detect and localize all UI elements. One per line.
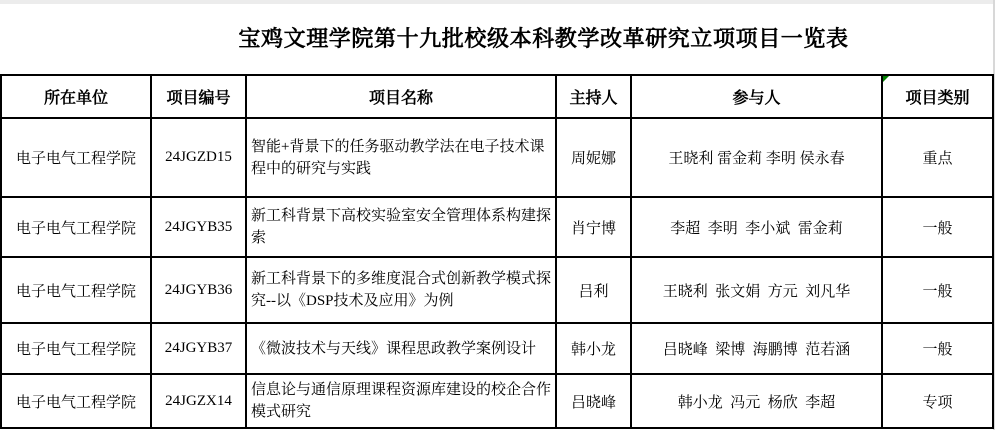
cell-participants[interactable]: 吕晓峰 梁博 海鹏博 范若涵 (631, 323, 882, 374)
cell-unit[interactable]: 电子电气工程学院 (1, 257, 151, 323)
projects-table: 所在单位项目编号项目名称主持人参与人项目类别 电子电气工程学院24JGZD15智… (0, 74, 994, 429)
cell-name[interactable]: 新工科背景下的多维度混合式创新教学模式探究--以《DSP技术及应用》为例 (246, 257, 556, 323)
table-row: 电子电气工程学院24JGZD15智能+背景下的任务驱动教学法在电子技术课程中的研… (1, 118, 993, 197)
cell-code[interactable]: 24JGZX14 (151, 374, 246, 428)
cell-code[interactable]: 24JGYB35 (151, 197, 246, 257)
table-row: 电子电气工程学院24JGYB37《微波技术与天线》课程思政教学案例设计韩小龙吕晓… (1, 323, 993, 374)
cell-name[interactable]: 新工科背景下高校实验室安全管理体系构建探索 (246, 197, 556, 257)
cell-leader[interactable]: 吕利 (556, 257, 631, 323)
cell-category[interactable]: 一般 (882, 257, 993, 323)
cell-leader[interactable]: 韩小龙 (556, 323, 631, 374)
cell-leader[interactable]: 吕晓峰 (556, 374, 631, 428)
cell-participants[interactable]: 李超 李明 李小斌 雷金莉 (631, 197, 882, 257)
cell-code[interactable]: 24JGYB36 (151, 257, 246, 323)
cell-unit[interactable]: 电子电气工程学院 (1, 323, 151, 374)
cell-name[interactable]: 信息论与通信原理课程资源库建设的校企合作模式研究 (246, 374, 556, 428)
table-row: 电子电气工程学院24JGZX14信息论与通信原理课程资源库建设的校企合作模式研究… (1, 374, 993, 428)
header-row: 所在单位项目编号项目名称主持人参与人项目类别 (1, 75, 993, 118)
cell-name[interactable]: 智能+背景下的任务驱动教学法在电子技术课程中的研究与实践 (246, 118, 556, 197)
cell-leader[interactable]: 周妮娜 (556, 118, 631, 197)
cell-category[interactable]: 一般 (882, 323, 993, 374)
cell-participants[interactable]: 王晓利 雷金莉 李明 侯永春 (631, 118, 882, 197)
column-header-leader[interactable]: 主持人 (556, 75, 631, 118)
cell-unit[interactable]: 电子电气工程学院 (1, 374, 151, 428)
column-header-category[interactable]: 项目类别 (882, 75, 993, 118)
column-header-label: 项目类别 (905, 90, 969, 107)
cell-leader[interactable]: 肖宁博 (556, 197, 631, 257)
cell-participants[interactable]: 王晓利 张文娟 方元 刘凡华 (631, 257, 882, 323)
column-header-name[interactable]: 项目名称 (246, 75, 556, 118)
table-body: 电子电气工程学院24JGZD15智能+背景下的任务驱动教学法在电子技术课程中的研… (1, 118, 993, 428)
excel-error-indicator-icon (883, 76, 889, 82)
table-row: 电子电气工程学院24JGYB36新工科背景下的多维度混合式创新教学模式探究--以… (1, 257, 993, 323)
column-header-unit[interactable]: 所在单位 (1, 75, 151, 118)
column-header-code[interactable]: 项目编号 (151, 75, 246, 118)
page-title[interactable]: 宝鸡文理学院第十九批校级本科教学改革研究立项项目一览表 (0, 0, 995, 74)
cell-name[interactable]: 《微波技术与天线》课程思政教学案例设计 (246, 323, 556, 374)
cell-unit[interactable]: 电子电气工程学院 (1, 197, 151, 257)
spreadsheet-view: 宝鸡文理学院第十九批校级本科教学改革研究立项项目一览表 所在单位项目编号项目名称… (0, 0, 995, 430)
cell-code[interactable]: 24JGZD15 (151, 118, 246, 197)
cell-category[interactable]: 重点 (882, 118, 993, 197)
column-header-participants[interactable]: 参与人 (631, 75, 882, 118)
table-row: 电子电气工程学院24JGYB35新工科背景下高校实验室安全管理体系构建探索肖宁博… (1, 197, 993, 257)
cell-code[interactable]: 24JGYB37 (151, 323, 246, 374)
cell-unit[interactable]: 电子电气工程学院 (1, 118, 151, 197)
cell-category[interactable]: 专项 (882, 374, 993, 428)
cell-category[interactable]: 一般 (882, 197, 993, 257)
cell-participants[interactable]: 韩小龙 冯元 杨欣 李超 (631, 374, 882, 428)
